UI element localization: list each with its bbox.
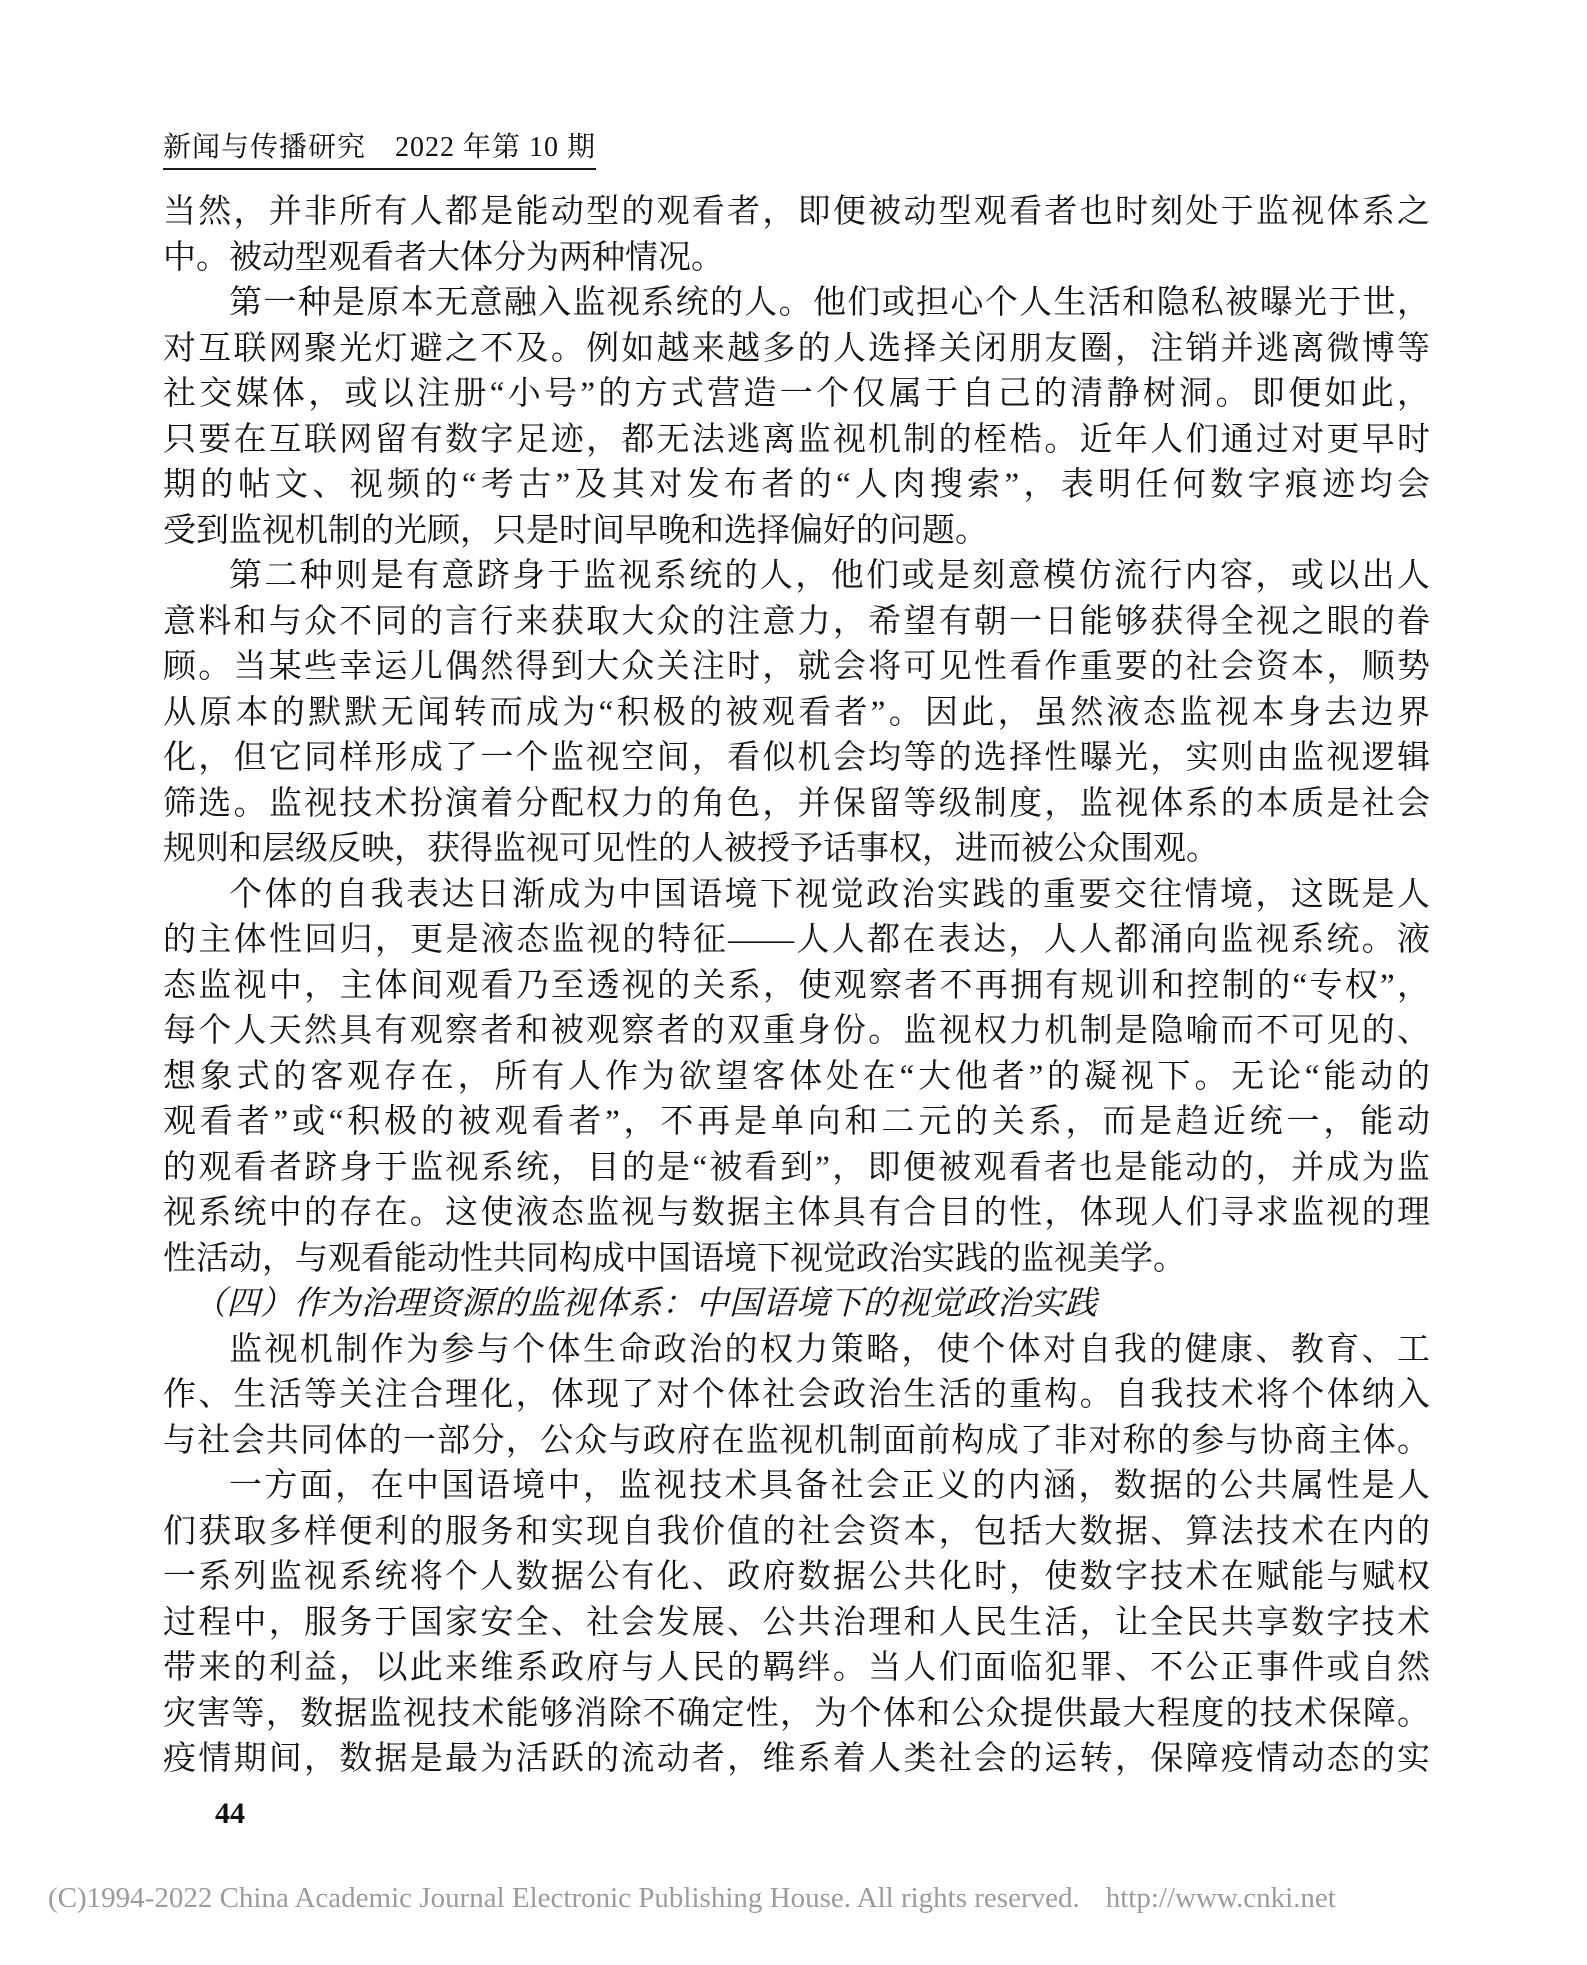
text-line: 个体的自我表达日渐成为中国语境下视觉政治实践的重要交往情境，这既是人	[163, 873, 1430, 919]
text-line: 们获取多样便利的服务和实现自我价值的社会资本，包括大数据、算法技术在内的	[163, 1510, 1430, 1556]
text-line: 第二种则是有意跻身于监视系统的人，他们或是刻意模仿流行内容，或以出人	[163, 554, 1430, 600]
text-line: 与社会共同体的一部分，公众与政府在监视机制面前构成了非对称的参与协商主体。	[163, 1419, 1430, 1465]
text-line: 规则和层级反映，获得监视可见性的人被授予话事权，进而被公众围观。	[163, 827, 1430, 873]
text-line: 期的帖文、视频的“考古”及其对发布者的“人肉搜索”，表明任何数字痕迹均会	[163, 463, 1430, 509]
text-line: 作、生活等关注合理化，体现了对个体社会政治生活的重构。自我技术将个体纳入	[163, 1373, 1430, 1419]
text-line: 从原本的默默无闻转而成为“积极的被观看者”。因此，虽然液态监视本身去边界	[163, 691, 1430, 737]
text-line: 过程中，服务于国家安全、社会发展、公共治理和人民生活，让全民共享数字技术	[163, 1601, 1430, 1647]
text-line: 受到监视机制的光顾，只是时间早晚和选择偏好的问题。	[163, 509, 1430, 555]
text-line: 态监视中，主体间观看乃至透视的关系，使观察者不再拥有规训和控制的“专权”，	[163, 964, 1430, 1010]
text-line: 意料和与众不同的言行来获取大众的注意力，希望有朝一日能够获得全视之眼的眷	[163, 600, 1430, 646]
text-line: 的观看者跻身于监视系统，目的是“被看到”，即便被观看者也是能动的，并成为监	[163, 1146, 1430, 1192]
text-line: 监视机制作为参与个体生命政治的权力策略，使个体对自我的健康、教育、工	[163, 1328, 1430, 1374]
cnki-url: http://www.cnki.net	[1106, 1882, 1336, 1914]
running-head: 新闻与传播研究 2022 年第 10 期	[163, 133, 596, 170]
text-line: 化，但它同样形成了一个监视空间，看似机会均等的选择性曝光，实则由监视逻辑	[163, 736, 1430, 782]
journal-page: 新闻与传播研究 2022 年第 10 期 当然，并非所有人都是能动型的观看者，即…	[0, 0, 1587, 1965]
article-body: 当然，并非所有人都是能动型的观看者，即便被动型观看者也时刻处于监视体系之中。被动…	[163, 190, 1430, 1783]
text-line: 性活动，与观看能动性共同构成中国语境下视觉政治实践的监视美学。	[163, 1237, 1430, 1283]
text-line: 一系列监视系统将个人数据公有化、政府数据公共化时，使数字技术在赋能与赋权	[163, 1555, 1430, 1601]
text-line: 灾害等，数据监视技术能够消除不确定性，为个体和公众提供最大程度的技术保障。	[163, 1692, 1430, 1738]
text-line: 每个人天然具有观察者和被观察者的双重身份。监视权力机制是隐喻而不可见的、	[163, 1009, 1430, 1055]
copyright-footer: (C)1994-2022 China Academic Journal Elec…	[48, 1882, 1336, 1915]
text-line: 只要在互联网留有数字足迹，都无法逃离监视机制的桎梏。近年人们通过对更早时	[163, 418, 1430, 464]
text-line: 想象式的客观存在，所有人作为欲望客体处在“大他者”的凝视下。无论“能动的	[163, 1055, 1430, 1101]
text-line: 中。被动型观看者大体分为两种情况。	[163, 236, 1430, 282]
text-line: 一方面，在中国语境中，监视技术具备社会正义的内涵，数据的公共属性是人	[163, 1464, 1430, 1510]
text-line: 顾。当某些幸运儿偶然得到大众关注时，就会将可见性看作重要的社会资本，顺势	[163, 645, 1430, 691]
text-line: 对互联网聚光灯避之不及。例如越来越多的人选择关闭朋友圈，注销并逃离微博等	[163, 327, 1430, 373]
text-line: 带来的利益，以此来维系政府与人民的羁绊。当人们面临犯罪、不公正事件或自然	[163, 1646, 1430, 1692]
text-line: 第一种是原本无意融入监视系统的人。他们或担心个人生活和隐私被曝光于世，	[163, 281, 1430, 327]
text-line: 筛选。监视技术扮演着分配权力的角色，并保留等级制度，监视体系的本质是社会	[163, 782, 1430, 828]
text-line: 疫情期间，数据是最为活跃的流动者，维系着人类社会的运转，保障疫情动态的实	[163, 1737, 1430, 1783]
page-number: 44	[215, 1797, 245, 1831]
text-line: 视系统中的存在。这使液态监视与数据主体具有合目的性，体现人们寻求监视的理	[163, 1191, 1430, 1237]
copyright-text: (C)1994-2022 China Academic Journal Elec…	[48, 1882, 1080, 1914]
section-heading: （四）作为治理资源的监视体系：中国语境下的视觉政治实践	[163, 1282, 1430, 1328]
text-line: 当然，并非所有人都是能动型的观看者，即便被动型观看者也时刻处于监视体系之	[163, 190, 1430, 236]
text-line: 社交媒体，或以注册“小号”的方式营造一个仅属于自己的清静树洞。即便如此，	[163, 372, 1430, 418]
text-line: 的主体性回归，更是液态监视的特征——人人都在表达，人人都涌向监视系统。液	[163, 918, 1430, 964]
text-line: 观看者”或“积极的被观看者”，不再是单向和二元的关系，而是趋近统一，能动	[163, 1100, 1430, 1146]
